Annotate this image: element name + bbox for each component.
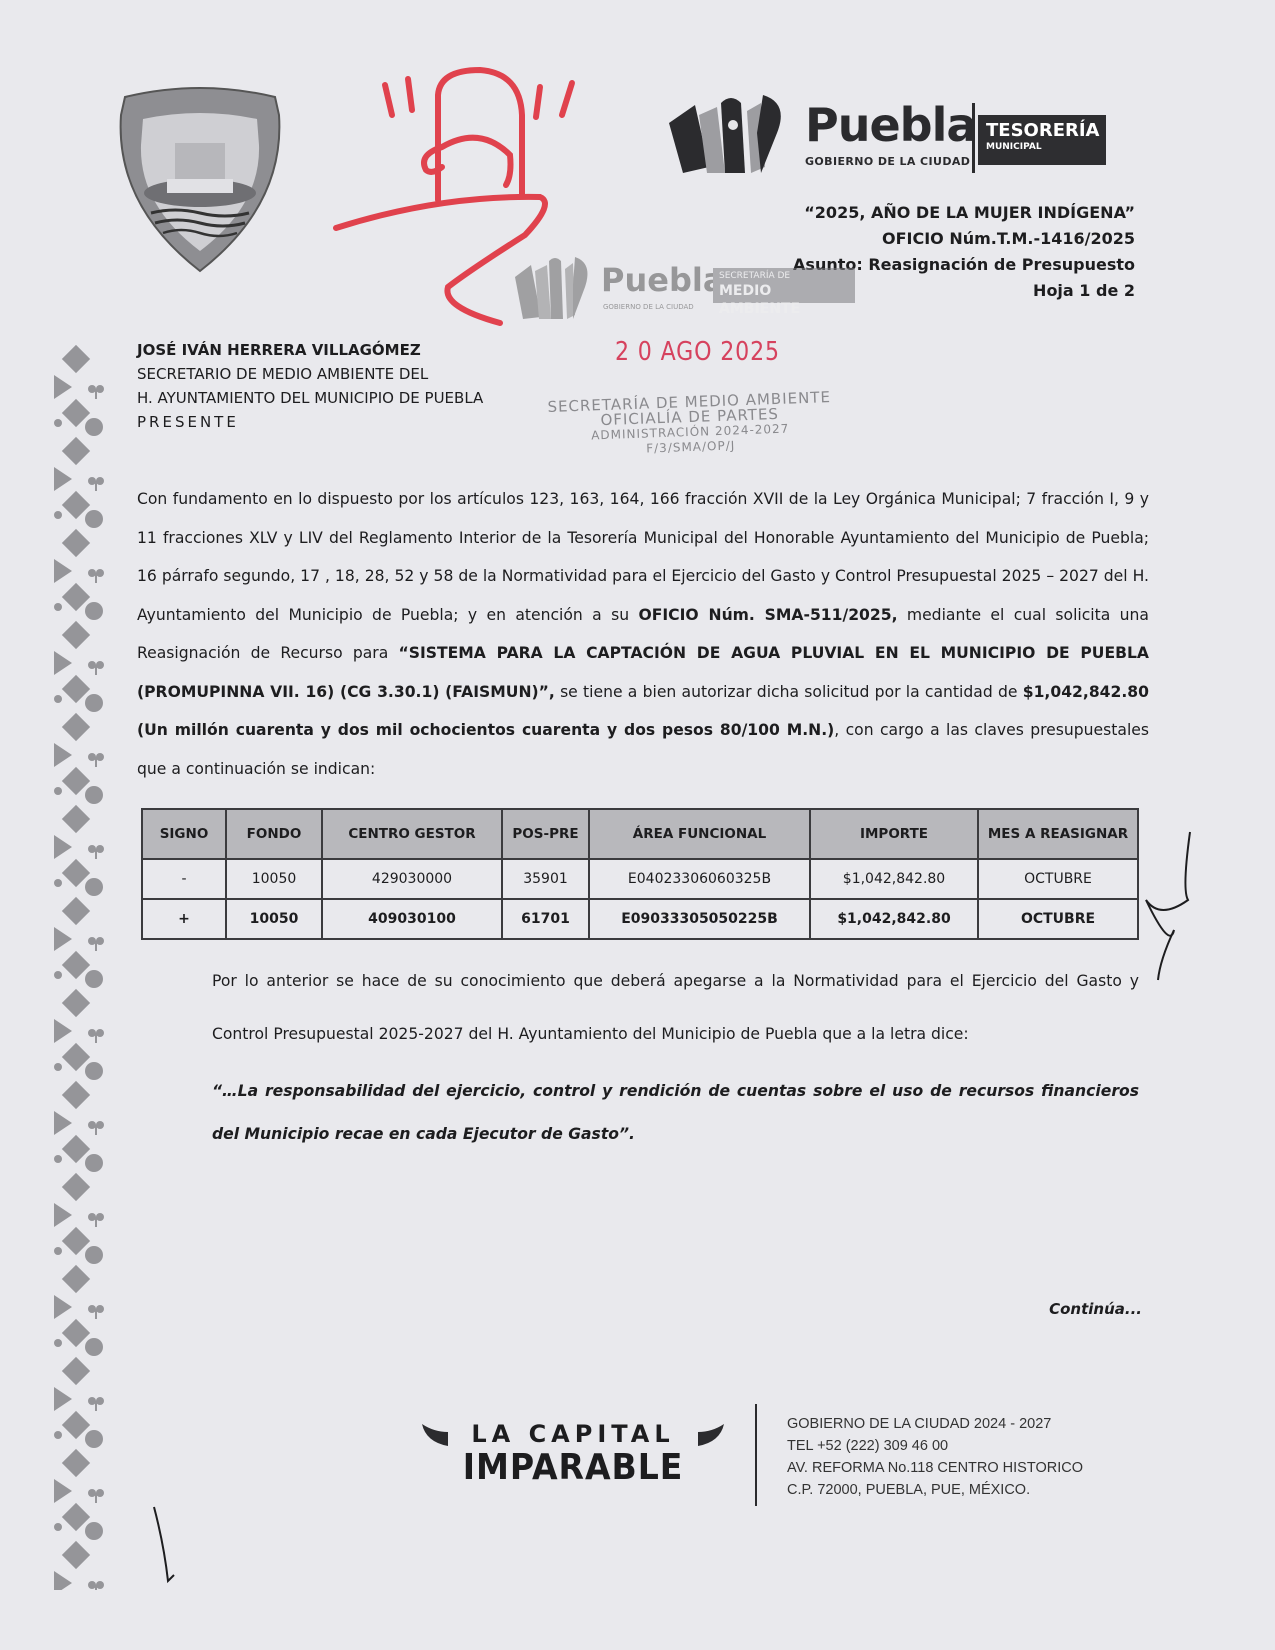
continued-label: Continúa... bbox=[1049, 1300, 1142, 1318]
addressee-title-1: SECRETARIO DE MEDIO AMBIENTE DEL bbox=[137, 362, 483, 386]
cell-fondo: 10050 bbox=[226, 859, 322, 899]
stamp-brand: Puebla bbox=[601, 261, 724, 299]
puebla-emblem-icon bbox=[665, 93, 797, 175]
medio-ambiente-stamp-logo: Puebla GOBIERNO DE LA CIUDAD SECRETARÍA … bbox=[513, 255, 858, 325]
col-mes-reasignar: MES A REASIGNAR bbox=[978, 809, 1138, 859]
stamp-dept-badge: SECRETARÍA DE MEDIO AMBIENTE bbox=[713, 268, 855, 303]
footer-contact-info: GOBIERNO DE LA CIUDAD 2024 - 2027 TEL +5… bbox=[787, 1413, 1083, 1501]
footer-address: AV. REFORMA No.118 CENTRO HISTORICO bbox=[787, 1457, 1083, 1479]
tesoreria-logo: Puebla GOBIERNO DE LA CIUDAD TESORERÍA M… bbox=[665, 93, 1105, 178]
stamp-dept-line2: MEDIO AMBIENTE bbox=[719, 282, 849, 318]
col-centro-gestor: CENTRO GESTOR bbox=[322, 809, 502, 859]
stamp-dept-line1: SECRETARÍA DE bbox=[719, 271, 849, 282]
table-header-row: SIGNO FONDO CENTRO GESTOR POS-PRE ÁREA F… bbox=[142, 809, 1138, 859]
footer-phone: TEL +52 (222) 309 46 00 bbox=[787, 1435, 1083, 1457]
oficialia-partes-stamp: SECRETARÍA DE MEDIO AMBIENTE OFICIALÍA D… bbox=[529, 389, 851, 460]
table-row: + 10050 409030100 61701 E09033305050225B… bbox=[142, 899, 1138, 939]
decorative-border bbox=[52, 345, 108, 1590]
oficio-number: OFICIO Núm.T.M.-1416/2025 bbox=[793, 226, 1135, 252]
received-date-stamp: 2 0 AGO 2025 bbox=[615, 337, 780, 367]
referenced-oficio: OFICIO Núm. SMA-511/2025, bbox=[638, 606, 897, 624]
cell-signo: - bbox=[142, 859, 226, 899]
dept-subname: MUNICIPAL bbox=[986, 141, 1098, 153]
col-pos-pre: POS-PRE bbox=[502, 809, 589, 859]
normative-quote: “…La responsabilidad del ejercicio, cont… bbox=[137, 1070, 1139, 1156]
brand-subtitle: GOBIERNO DE LA CIUDAD bbox=[805, 155, 970, 168]
col-importe: IMPORTE bbox=[810, 809, 978, 859]
left-wing-icon bbox=[420, 1422, 450, 1448]
cell-importe: $1,042,842.80 bbox=[810, 859, 978, 899]
body-paragraph-1: Con fundamento en lo dispuesto por los a… bbox=[137, 480, 1149, 788]
dept-name: TESORERÍA bbox=[986, 121, 1098, 141]
document-page: "A" Puebla GOBIERNO DE LA CIUDAD TESORER… bbox=[0, 0, 1275, 1650]
handwritten-signature bbox=[1140, 830, 1200, 990]
right-wing-icon bbox=[696, 1422, 726, 1448]
body-text-segment: se tiene a bien autorizar dicha solicitu… bbox=[555, 683, 1023, 701]
addressee-block: JOSÉ IVÁN HERRERA VILLAGÓMEZ SECRETARIO … bbox=[137, 338, 483, 434]
cell-signo: + bbox=[142, 899, 226, 939]
col-signo: SIGNO bbox=[142, 809, 226, 859]
col-area-funcional: ÁREA FUNCIONAL bbox=[589, 809, 810, 859]
cell-fondo: 10050 bbox=[226, 899, 322, 939]
puebla-emblem-icon bbox=[513, 255, 593, 320]
city-seal-icon bbox=[115, 85, 285, 275]
cell-area-funcional: E04023306060325B bbox=[589, 859, 810, 899]
logo-divider bbox=[972, 103, 975, 173]
body-paragraph-2: Por lo anterior se hace de su conocimien… bbox=[137, 955, 1139, 1061]
capital-imparable-logo: LA CAPITAL IMPARABLE bbox=[428, 1420, 718, 1500]
footer-divider bbox=[755, 1404, 757, 1506]
slogan-line-1: LA CAPITAL bbox=[428, 1420, 718, 1448]
budget-keys-table: SIGNO FONDO CENTRO GESTOR POS-PRE ÁREA F… bbox=[141, 808, 1139, 940]
col-fondo: FONDO bbox=[226, 809, 322, 859]
addressee-title-2: H. AYUNTAMIENTO DEL MUNICIPIO DE PUEBLA bbox=[137, 386, 483, 410]
cell-pos-pre: 61701 bbox=[502, 899, 589, 939]
addressee-name: JOSÉ IVÁN HERRERA VILLAGÓMEZ bbox=[137, 338, 483, 362]
cell-pos-pre: 35901 bbox=[502, 859, 589, 899]
body-paragraph-2-text: Por lo anterior se hace de su conocimien… bbox=[137, 955, 1139, 1061]
brand-name: Puebla bbox=[805, 98, 976, 152]
stamp-brand-subtitle: GOBIERNO DE LA CIUDAD bbox=[603, 303, 694, 311]
cell-importe: $1,042,842.80 bbox=[810, 899, 978, 939]
footer-postal: C.P. 72000, PUEBLA, PUE, MÉXICO. bbox=[787, 1479, 1083, 1501]
cell-centro-gestor: 429030000 bbox=[322, 859, 502, 899]
normative-quote-text: “…La responsabilidad del ejercicio, cont… bbox=[137, 1070, 1139, 1156]
cell-centro-gestor: 409030100 bbox=[322, 899, 502, 939]
slogan-line-2: IMPARABLE bbox=[440, 1448, 707, 1488]
cell-mes: OCTUBRE bbox=[978, 859, 1138, 899]
cell-area-funcional: E09033305050225B bbox=[589, 899, 810, 939]
greeting: PRESENTE bbox=[137, 410, 483, 434]
body-text-segment: Con fundamento en lo dispuesto por los a… bbox=[137, 490, 1149, 624]
year-motto: “2025, AÑO DE LA MUJER INDÍGENA” bbox=[793, 200, 1135, 226]
handwritten-initial bbox=[150, 1505, 190, 1585]
table-row: - 10050 429030000 35901 E04023306060325B… bbox=[142, 859, 1138, 899]
footer-government: GOBIERNO DE LA CIUDAD 2024 - 2027 bbox=[787, 1413, 1083, 1435]
cell-mes: OCTUBRE bbox=[978, 899, 1138, 939]
dept-badge: TESORERÍA MUNICIPAL bbox=[978, 115, 1106, 165]
